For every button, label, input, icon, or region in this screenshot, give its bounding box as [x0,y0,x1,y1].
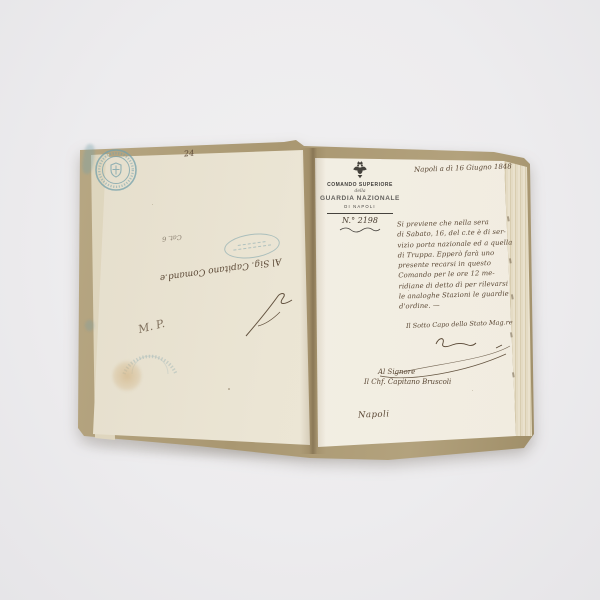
right-page-content: COMANDO SUPERIORE della GUARDIA NAZIONAL… [312,154,520,446]
paper-speck [228,388,230,390]
letterhead-rule [327,213,393,214]
letterhead-command-line: COMANDO SUPERIORE [314,182,406,188]
closing-title-line: Il Sotto Capo dello Stato Mag.re [406,318,518,330]
signature-flourish-icon [238,282,302,340]
letterhead-di-napoli-line: DI NAPOLI [314,204,406,209]
letter-body: Si previene che nella sera di Sabato, 16… [397,216,517,312]
handwritten-initials: M. P. [137,317,166,336]
letterhead-della-line: della [314,189,406,194]
paper-speck [152,204,153,205]
stamp-fragment-icon [85,320,94,331]
protocol-number: N.° 2198 [314,216,406,225]
double-headed-eagle-crest-icon [352,160,368,179]
letterhead-guardia-line: GUARDIA NAZIONALE [314,195,406,202]
ink-stain [112,360,142,392]
address-city: Napoli [358,409,390,420]
open-book: 24 Cat. 6 Al Sig. Capitano Comand.e M. P… [78,138,536,464]
pencil-note: Cat. 6 [162,233,182,243]
printed-letterhead: COMANDO SUPERIORE della GUARDIA NAZIONAL… [314,160,406,233]
address-recipient: Il Chf. Capitano Bruscoli [364,378,451,386]
folio-number: 24 [184,148,195,158]
round-seal-stamp-icon [93,147,139,193]
left-page-content: 24 Cat. 6 Al Sig. Capitano Comand.e M. P… [92,144,310,444]
photo-of-open-manuscript-book: 24 Cat. 6 Al Sig. Capitano Comand.e M. P… [0,0,600,600]
flourish-underline-icon [338,226,382,233]
letter-body-line: d'ordine. — [399,299,517,312]
address-salutation: Al Signore [378,368,415,376]
paper-speck [472,390,473,391]
date-line: Napoli a dì 16 Giugno 1848 [414,162,520,174]
